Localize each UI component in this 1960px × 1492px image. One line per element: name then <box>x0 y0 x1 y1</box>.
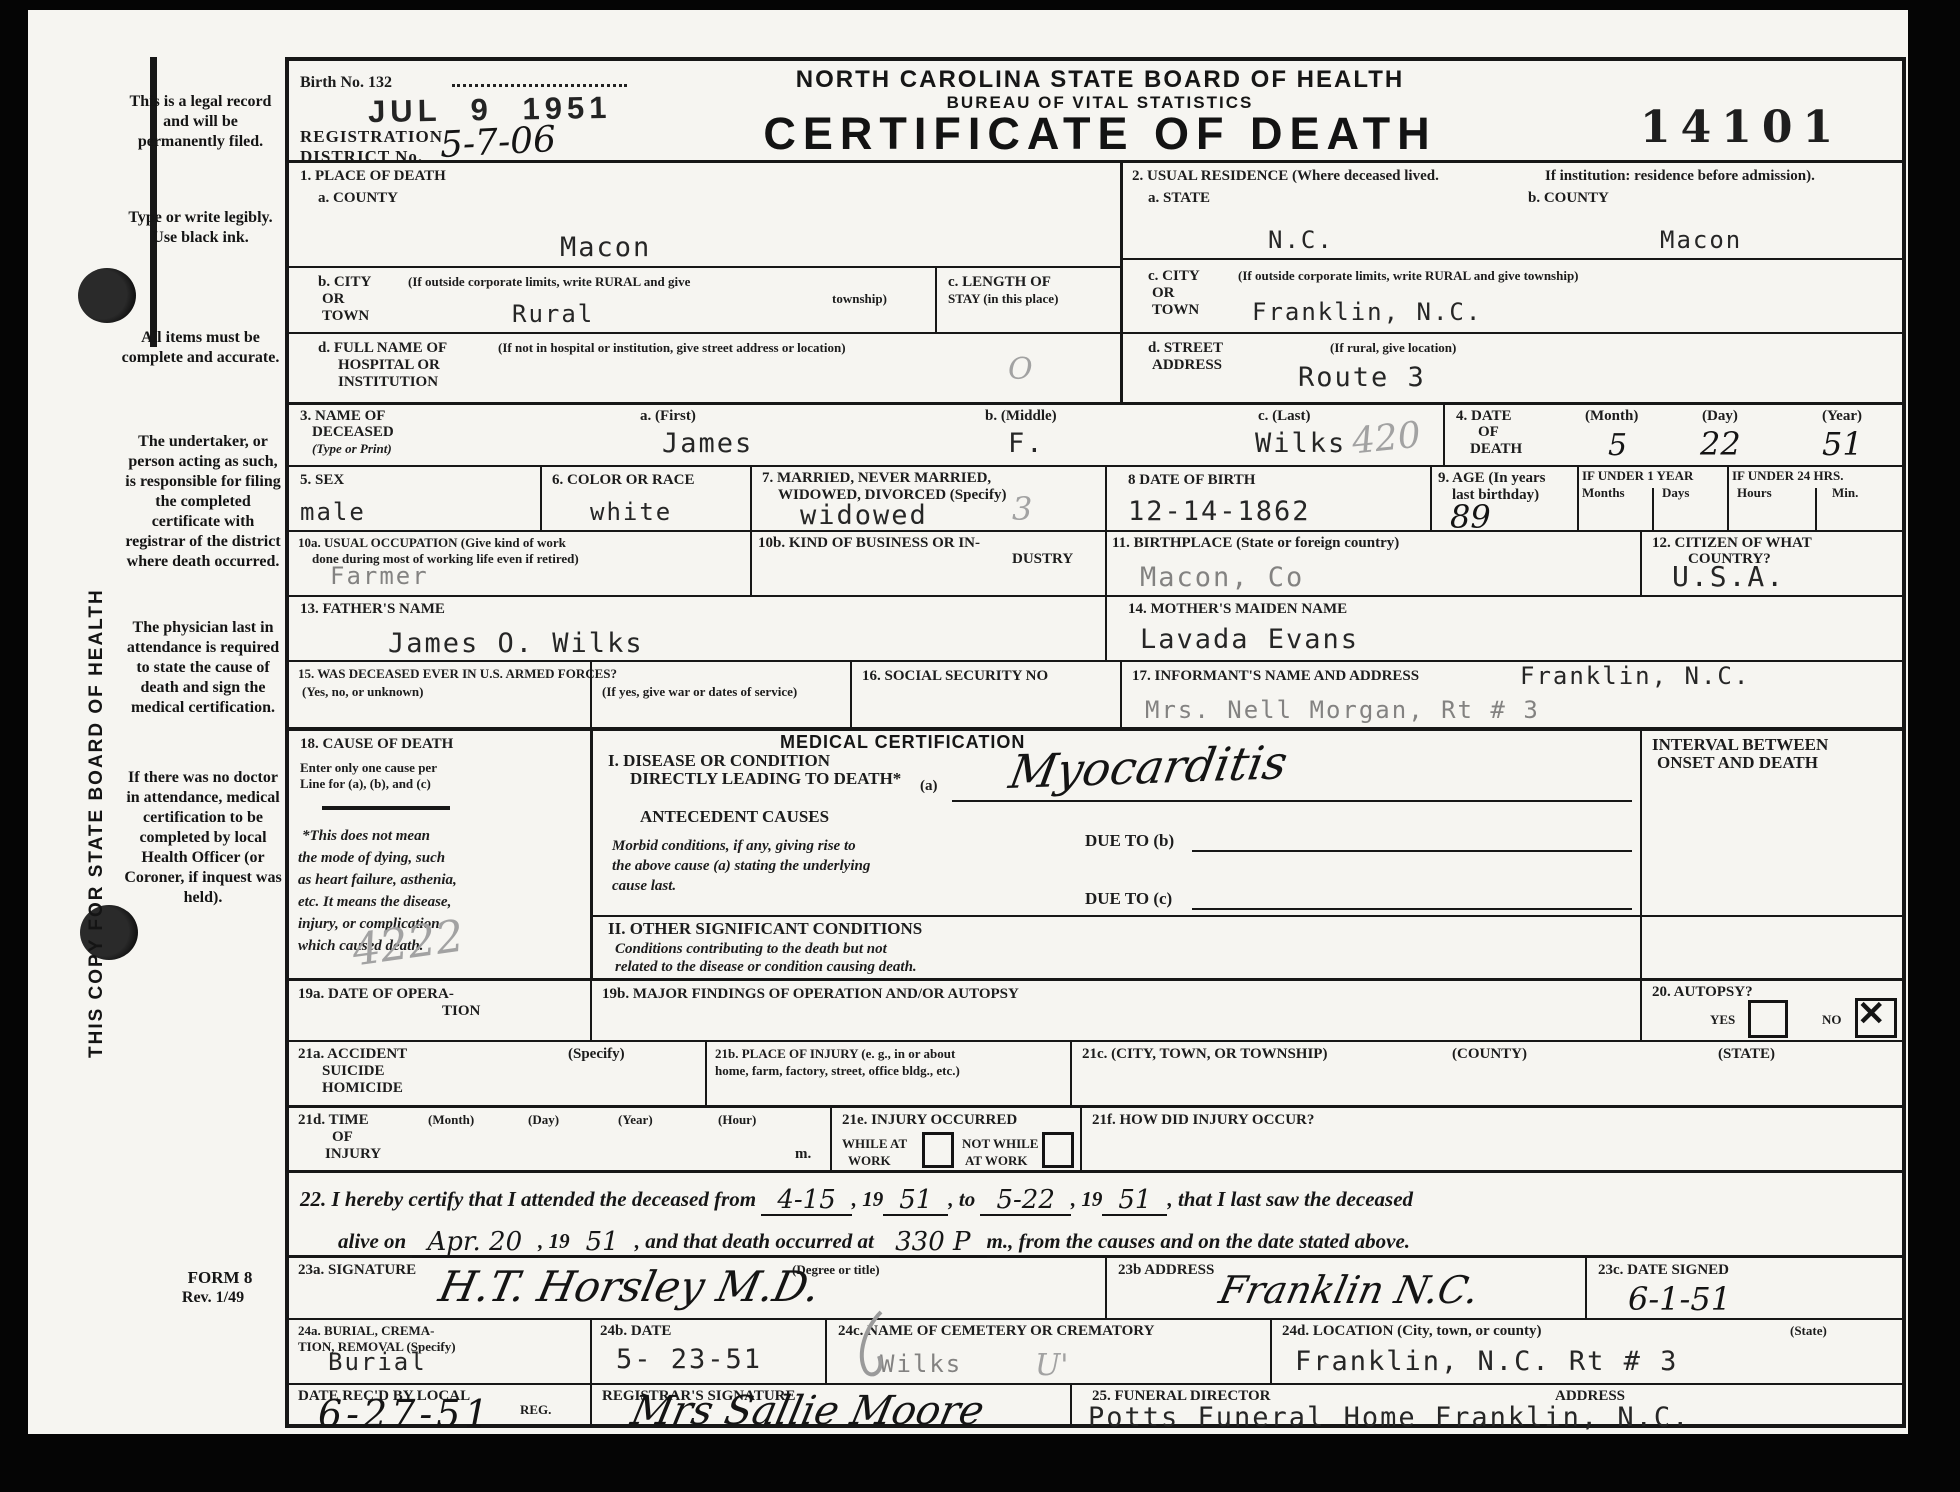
cause-line-c <box>1192 908 1632 910</box>
field-21d-label2: OF <box>332 1129 353 1146</box>
field-20-label: 20. AUTOPSY? <box>1652 984 1753 1001</box>
field-10b-label2: DUSTRY <box>1012 551 1073 568</box>
field-21f-label: 21f. HOW DID INJURY OCCUR? <box>1092 1112 1314 1129</box>
grid-line <box>285 595 1906 597</box>
attended-from-value: 4-15 <box>761 1186 851 1216</box>
sex-value: male <box>300 498 366 526</box>
last-seen-year: 51 <box>570 1228 635 1258</box>
field-24d-label: 24d. LOCATION (City, town, or county) <box>1282 1323 1541 1340</box>
medical-certification-title: MEDICAL CERTIFICATION <box>780 732 1025 753</box>
form-revision: Rev. 1/49 <box>148 1288 278 1308</box>
field-21d-hour: (Hour) <box>718 1112 756 1127</box>
field-24c-pencil-mark: U' <box>1035 1348 1069 1383</box>
months-sublabel: Months <box>1582 485 1625 500</box>
attended-to-value: 5-22 <box>980 1186 1070 1216</box>
field-23b-label: 23b ADDRESS <box>1118 1262 1214 1279</box>
birth-no-leader <box>452 84 627 87</box>
grid-line <box>1120 660 1122 727</box>
field-2-label: 2. USUAL RESIDENCE (Where deceased lived… <box>1132 168 1439 185</box>
burial-value: Burial <box>328 1348 427 1376</box>
field-2a-value: N.C. <box>1268 226 1334 254</box>
grid-line <box>935 266 937 332</box>
field-1a-label: a. COUNTY <box>318 190 398 207</box>
field-21a-label: 21a. ACCIDENT <box>298 1046 407 1063</box>
field-4-year-sublabel: (Year) <box>1822 408 1862 425</box>
field-2c-paren: (If outside corporate limits, write RURA… <box>1238 268 1579 283</box>
morbid-note2: the above cause (a) stating the underlyi… <box>612 858 870 875</box>
grid-line <box>540 465 542 530</box>
certificate-number: 14101 <box>1640 102 1843 153</box>
certify-text-8: , and that death occurred at <box>635 1229 874 1253</box>
autopsy-no-checkmark: ✕ <box>1857 994 1886 1034</box>
field-3b-sublabel: b. (Middle) <box>985 408 1057 425</box>
certify-text-2: , 19 <box>852 1187 884 1211</box>
field-21d-year: (Year) <box>618 1112 653 1127</box>
field-18-italic1: *This does not mean <box>302 828 430 845</box>
field-1-label: 1. PLACE OF DEATH <box>300 168 446 185</box>
cause-line-b <box>1192 850 1632 852</box>
grid-line <box>285 1318 1906 1320</box>
field-10b-label: 10b. KIND OF BUSINESS OR IN- <box>758 535 980 552</box>
item-22-number: 22. <box>300 1187 326 1211</box>
field-1c-label2: STAY (in this place) <box>948 291 1058 306</box>
field-5-label: 5. SEX <box>300 472 344 489</box>
pencil-stroke <box>835 1310 915 1380</box>
race-value: white <box>590 498 672 526</box>
birth-no-label: Birth No. 132 <box>300 74 392 91</box>
field-1d-label3: INSTITUTION <box>338 374 438 391</box>
antecedent-causes-label: ANTECEDENT CAUSES <box>640 808 829 825</box>
field-15-paren2: (If yes, give war or dates of service) <box>602 684 797 699</box>
grid-line <box>285 465 1906 467</box>
physician-signature: H.T. Horsley M.D. <box>435 1262 825 1311</box>
grid-line <box>1652 488 1654 530</box>
grid-line <box>285 1040 1906 1042</box>
grid-line <box>1120 160 1123 402</box>
field-21c-state: (STATE) <box>1718 1046 1775 1063</box>
deceased-middle-name: F. <box>1008 428 1045 459</box>
marital-status-value: widowed <box>800 500 928 531</box>
registrar-signature: Mrs Sallie Moore <box>627 1388 988 1434</box>
field-1b-label3: TOWN <box>322 308 369 325</box>
morbid-note3: cause last. <box>612 878 676 895</box>
notes-divider <box>322 806 450 810</box>
field-21d-label3: INJURY <box>325 1146 381 1163</box>
field-7-pencil-mark: 3 <box>1012 490 1032 528</box>
field-2d-paren: (If rural, give location) <box>1330 340 1456 355</box>
grid-line <box>1727 465 1729 530</box>
physician-address-value: Franklin N.C. <box>1215 1268 1483 1312</box>
field-24b-label: 24b. DATE <box>600 1323 671 1340</box>
autopsy-yes-label: YES <box>1710 1012 1735 1027</box>
field-3c-sublabel: c. (Last) <box>1258 408 1311 425</box>
field-14-label: 14. MOTHER'S MAIDEN NAME <box>1128 601 1347 618</box>
field-7-label: 7. MARRIED, NEVER MARRIED, <box>762 470 991 487</box>
field-1b-value: Rural <box>512 300 594 328</box>
form-number: FORM 8 <box>160 1268 280 1288</box>
certify-text-5: , that I last saw the deceased <box>1167 1187 1413 1211</box>
grid-line <box>1105 465 1107 530</box>
field-18-italic2: the mode of dying, such <box>298 850 445 867</box>
father-name-value: James O. Wilks <box>388 628 644 659</box>
field-21b-label: 21b. PLACE OF INJURY (e. g., in or about <box>715 1046 955 1061</box>
field-9-label: 9. AGE (In years <box>1438 470 1546 487</box>
certify-text-4: , 19 <box>1071 1187 1103 1211</box>
grid-line <box>850 660 852 727</box>
board-title: NORTH CAROLINA STATE BOARD OF HEALTH <box>640 66 1560 94</box>
field-2c-label: c. CITY <box>1148 268 1200 285</box>
grid-line <box>1080 1105 1082 1170</box>
grid-line <box>830 1105 832 1170</box>
under-1-year-label: IF UNDER 1 YEAR <box>1582 468 1693 483</box>
occupation-value: Farmer <box>330 562 429 590</box>
field-15-label: 15. WAS DECEASED EVER IN U.S. ARMED FORC… <box>298 666 617 681</box>
interval-label1: INTERVAL BETWEEN <box>1652 736 1828 753</box>
min-sublabel: Min. <box>1832 485 1858 500</box>
field-23a-label: 23a. SIGNATURE <box>298 1262 416 1279</box>
while-at-work-checkbox[interactable] <box>922 1132 954 1168</box>
certify-text-7: , 19 <box>538 1229 570 1253</box>
field-18-label: 18. CAUSE OF DEATH <box>300 736 453 753</box>
while-at-work-label1: WHILE AT <box>842 1136 907 1151</box>
field-2-label2: If institution: residence before admissi… <box>1545 168 1815 185</box>
grid-line <box>590 1383 592 1424</box>
field-21a-specify: (Specify) <box>568 1046 625 1063</box>
grid-line <box>1815 488 1817 530</box>
field-21d-day: (Day) <box>528 1112 559 1127</box>
grid-line <box>1105 1255 1107 1318</box>
field-21c-label: 21c. (CITY, TOWN, OR TOWNSHIP) <box>1082 1046 1327 1063</box>
field-19a-label: 19a. DATE OF OPERA- <box>298 986 454 1003</box>
field-1b-label2: OR <box>322 291 345 308</box>
field-21d-month: (Month) <box>428 1112 474 1127</box>
date-received-value: 6-27-51 <box>318 1392 493 1436</box>
grid-line <box>1640 978 1642 1040</box>
other-conditions-note2: related to the disease or condition caus… <box>615 959 917 976</box>
grid-line <box>590 978 592 1040</box>
field-3-label2: DECEASED <box>312 424 394 441</box>
registration-district-value: 5-7-06 <box>439 119 557 166</box>
age-value: 89 <box>1450 498 1491 536</box>
certify-text-6: alive on <box>338 1229 406 1253</box>
other-conditions-note1: Conditions contributing to the death but… <box>615 941 887 958</box>
grid-line <box>1070 1040 1072 1105</box>
field-4-label2: OF <box>1478 424 1499 441</box>
grid-line <box>285 1105 1906 1108</box>
date-received-label2: REG. <box>520 1402 551 1417</box>
other-conditions-label: II. OTHER SIGNIFICANT CONDITIONS <box>608 920 922 937</box>
grid-line <box>1430 465 1432 530</box>
field-18-note1: Enter only one cause per <box>300 760 437 775</box>
field-1b-paren2: township) <box>832 291 887 306</box>
field-3-label: 3. NAME OF <box>300 408 385 425</box>
grid-line <box>1640 530 1642 595</box>
death-time-value: 330 P <box>879 1228 986 1258</box>
grid-line <box>285 57 289 1428</box>
field-21a-label3: HOMICIDE <box>322 1080 403 1097</box>
birth-date-value: 12-14-1862 <box>1128 496 1311 527</box>
field-16-label: 16. SOCIAL SECURITY NO <box>862 668 1048 685</box>
field-2d-label2: ADDRESS <box>1152 357 1222 374</box>
field-17-label: 17. INFORMANT'S NAME AND ADDRESS <box>1132 668 1419 685</box>
field-1a-value: Macon <box>560 232 651 263</box>
punch-hole <box>78 268 136 323</box>
while-at-work-label2: WORK <box>848 1153 891 1168</box>
attended-from-year: 51 <box>883 1186 948 1216</box>
grid-line <box>285 57 1906 61</box>
field-1d-label2: HOSPITAL OR <box>338 357 440 374</box>
field-4-day-sublabel: (Day) <box>1702 408 1738 425</box>
grid-line <box>1105 530 1107 595</box>
cause-line-a <box>952 800 1632 802</box>
deceased-first-name: James <box>662 428 753 459</box>
field-4-label3: DEATH <box>1470 441 1522 458</box>
field-1d-pencil-mark: O <box>1008 352 1033 387</box>
field-24d-state: (State) <box>1790 1323 1827 1338</box>
days-sublabel: Days <box>1662 485 1689 500</box>
field-18-italic4: etc. It means the disease, <box>298 894 451 911</box>
field-6-label: 6. COLOR OR RACE <box>552 472 695 489</box>
funeral-director-value: Potts Funeral Home Franklin, N.C. <box>1088 1402 1690 1433</box>
field-3-pencil-mark: 420 <box>1350 415 1423 463</box>
field-10a-label: 10a. USUAL OCCUPATION (Give kind of work <box>298 535 566 550</box>
grid-line <box>285 978 1906 981</box>
grid-line <box>285 727 1906 731</box>
grid-line <box>285 266 1120 268</box>
field-23c-label: 23c. DATE SIGNED <box>1598 1262 1729 1279</box>
grid-line <box>825 1318 827 1383</box>
field-18-note2: Line for (a), (b), and (c) <box>300 776 431 791</box>
field-3-label3: (Type or Print) <box>312 441 392 456</box>
margin-note-type-legibly: Type or write legibly. Use black ink. <box>118 208 283 248</box>
certification-statement: 22. I hereby certify that I attended the… <box>300 1178 1880 1262</box>
citizenship-value: U.S.A. <box>1672 560 1785 593</box>
grid-line <box>285 1383 1906 1385</box>
disease-condition-label: I. DISEASE OR CONDITION <box>608 752 830 769</box>
field-4-label: 4. DATE <box>1456 408 1512 425</box>
margin-note-legal-record: This is a legal record and will be perma… <box>118 92 283 152</box>
field-15-paren1: (Yes, no, or unknown) <box>302 684 424 699</box>
margin-note-undertaker: The undertaker, or person acting as such… <box>122 432 284 572</box>
death-month-value: 5 <box>1608 428 1627 463</box>
field-2b-value: Macon <box>1660 226 1742 254</box>
registration-label: REGISTRATION <box>300 128 443 145</box>
grid-line <box>1070 1383 1072 1424</box>
field-2c-value: Franklin, N.C. <box>1252 298 1482 326</box>
grid-line <box>285 160 1906 163</box>
margin-note-complete: All items must be complete and accurate. <box>118 328 283 368</box>
death-year-value: 51 <box>1822 425 1863 463</box>
mother-name-value: Lavada Evans <box>1140 624 1359 655</box>
not-while-at-work-checkbox[interactable] <box>1042 1132 1074 1168</box>
autopsy-yes-checkbox[interactable] <box>1748 1000 1788 1038</box>
field-1d-label: d. FULL NAME OF <box>318 340 447 357</box>
grid-line <box>1105 595 1107 660</box>
grid-line <box>1270 1318 1272 1383</box>
field-1b-label: b. CITY <box>318 274 371 291</box>
grid-line <box>1640 727 1642 978</box>
field-18-italic3: as heart failure, asthenia, <box>298 872 457 889</box>
field-21c-county: (COUNTY) <box>1452 1046 1527 1063</box>
field-11-label: 11. BIRTHPLACE (State or foreign country… <box>1112 535 1399 552</box>
field-2d-value: Route 3 <box>1298 362 1426 393</box>
not-while-at-work-label1: NOT WHILE <box>962 1136 1038 1151</box>
grid-line <box>285 332 1902 334</box>
grid-line <box>285 530 1906 532</box>
field-2d-label: d. STREET <box>1148 340 1223 357</box>
hours-sublabel: Hours <box>1737 485 1772 500</box>
informant-name-value: Mrs. Nell Morgan, Rt # 3 <box>1145 696 1540 724</box>
field-24a-label: 24a. BURIAL, CREMA- <box>298 1323 435 1338</box>
field-1d-paren: (If not in hospital or institution, give… <box>498 340 846 355</box>
field-12-label: 12. CITIZEN OF WHAT <box>1652 535 1812 552</box>
grid-line <box>1585 1255 1587 1318</box>
attended-to-year: 51 <box>1102 1186 1167 1216</box>
grid-line <box>590 727 593 978</box>
field-1c-label: c. LENGTH OF <box>948 274 1051 291</box>
informant-city-value: Franklin, N.C. <box>1520 662 1750 690</box>
burial-location-value: Franklin, N.C. Rt # 3 <box>1295 1346 1678 1377</box>
grid-line <box>1902 57 1906 1428</box>
grid-line <box>285 402 1906 405</box>
field-19a-label2: TION <box>442 1003 480 1020</box>
not-while-at-work-label2: AT WORK <box>965 1153 1028 1168</box>
field-2c-label2: OR <box>1152 285 1175 302</box>
field-3a-sublabel: a. (First) <box>640 408 696 425</box>
field-1b-paren: (If outside corporate limits, write RURA… <box>408 274 690 289</box>
due-to-b-label: DUE TO (b) <box>1085 832 1174 849</box>
grid-line <box>750 530 752 595</box>
under-24-hrs-label: IF UNDER 24 HRS. <box>1732 468 1843 483</box>
field-21d-label: 21d. TIME <box>298 1112 369 1129</box>
grid-line <box>590 1318 592 1383</box>
field-2a-label: a. STATE <box>1148 190 1210 207</box>
certify-text-9: m., from the causes and on the date stat… <box>987 1229 1411 1253</box>
field-19b-label: 19b. MAJOR FINDINGS OF OPERATION AND/OR … <box>602 986 1019 1003</box>
field-21a-label2: SUICIDE <box>322 1063 385 1080</box>
morbid-note1: Morbid conditions, if any, giving rise t… <box>612 838 856 855</box>
field-8-label: 8 DATE OF BIRTH <box>1128 472 1255 489</box>
grid-line <box>705 1040 707 1105</box>
grid-line <box>590 915 1902 917</box>
margin-note-physician: The physician last in attendance is requ… <box>122 618 284 718</box>
line-a-label: (a) <box>920 778 938 795</box>
autopsy-no-label: NO <box>1822 1012 1842 1027</box>
grid-line <box>1120 258 1902 260</box>
burial-date-value: 5- 23-51 <box>616 1344 762 1375</box>
due-to-c-label: DUE TO (c) <box>1085 890 1172 907</box>
date-signed-value: 6-1-51 <box>1628 1280 1731 1318</box>
field-21d-m: m. <box>795 1146 811 1163</box>
death-certificate-scan: This is a legal record and will be perma… <box>0 0 1960 1492</box>
field-21b-label2: home, farm, factory, street, office bldg… <box>715 1063 960 1078</box>
certify-text-1: I hereby certify that I attended the dec… <box>332 1187 757 1211</box>
margin-note-no-doctor: If there was no doctor in attendance, me… <box>122 768 284 908</box>
certificate-title: CERTIFICATE OF DEATH <box>640 108 1560 160</box>
directly-leading-label: DIRECTLY LEADING TO DEATH* <box>630 770 901 787</box>
interval-label2: ONSET AND DEATH <box>1657 754 1818 771</box>
field-21e-label: 21e. INJURY OCCURRED <box>842 1112 1017 1129</box>
grid-line <box>1577 465 1579 530</box>
grid-line <box>750 465 752 530</box>
death-day-value: 22 <box>1700 425 1741 463</box>
birthplace-value: Macon, Co <box>1140 562 1304 593</box>
certify-text-3: , to <box>948 1187 975 1211</box>
last-seen-alive-value: Apr. 20 <box>412 1228 539 1258</box>
deceased-last-name: Wilks <box>1255 428 1346 459</box>
grid-line <box>1443 402 1445 465</box>
grid-line <box>285 1170 1906 1173</box>
margin-vertical-text: THIS COPY FOR STATE BOARD OF HEALTH <box>86 428 108 1058</box>
cause-of-death-value: Myocarditis <box>1005 735 1291 799</box>
field-4-month-sublabel: (Month) <box>1585 408 1638 425</box>
field-2b-label: b. COUNTY <box>1528 190 1609 207</box>
field-13-label: 13. FATHER'S NAME <box>300 601 445 618</box>
field-2c-label3: TOWN <box>1152 302 1199 319</box>
